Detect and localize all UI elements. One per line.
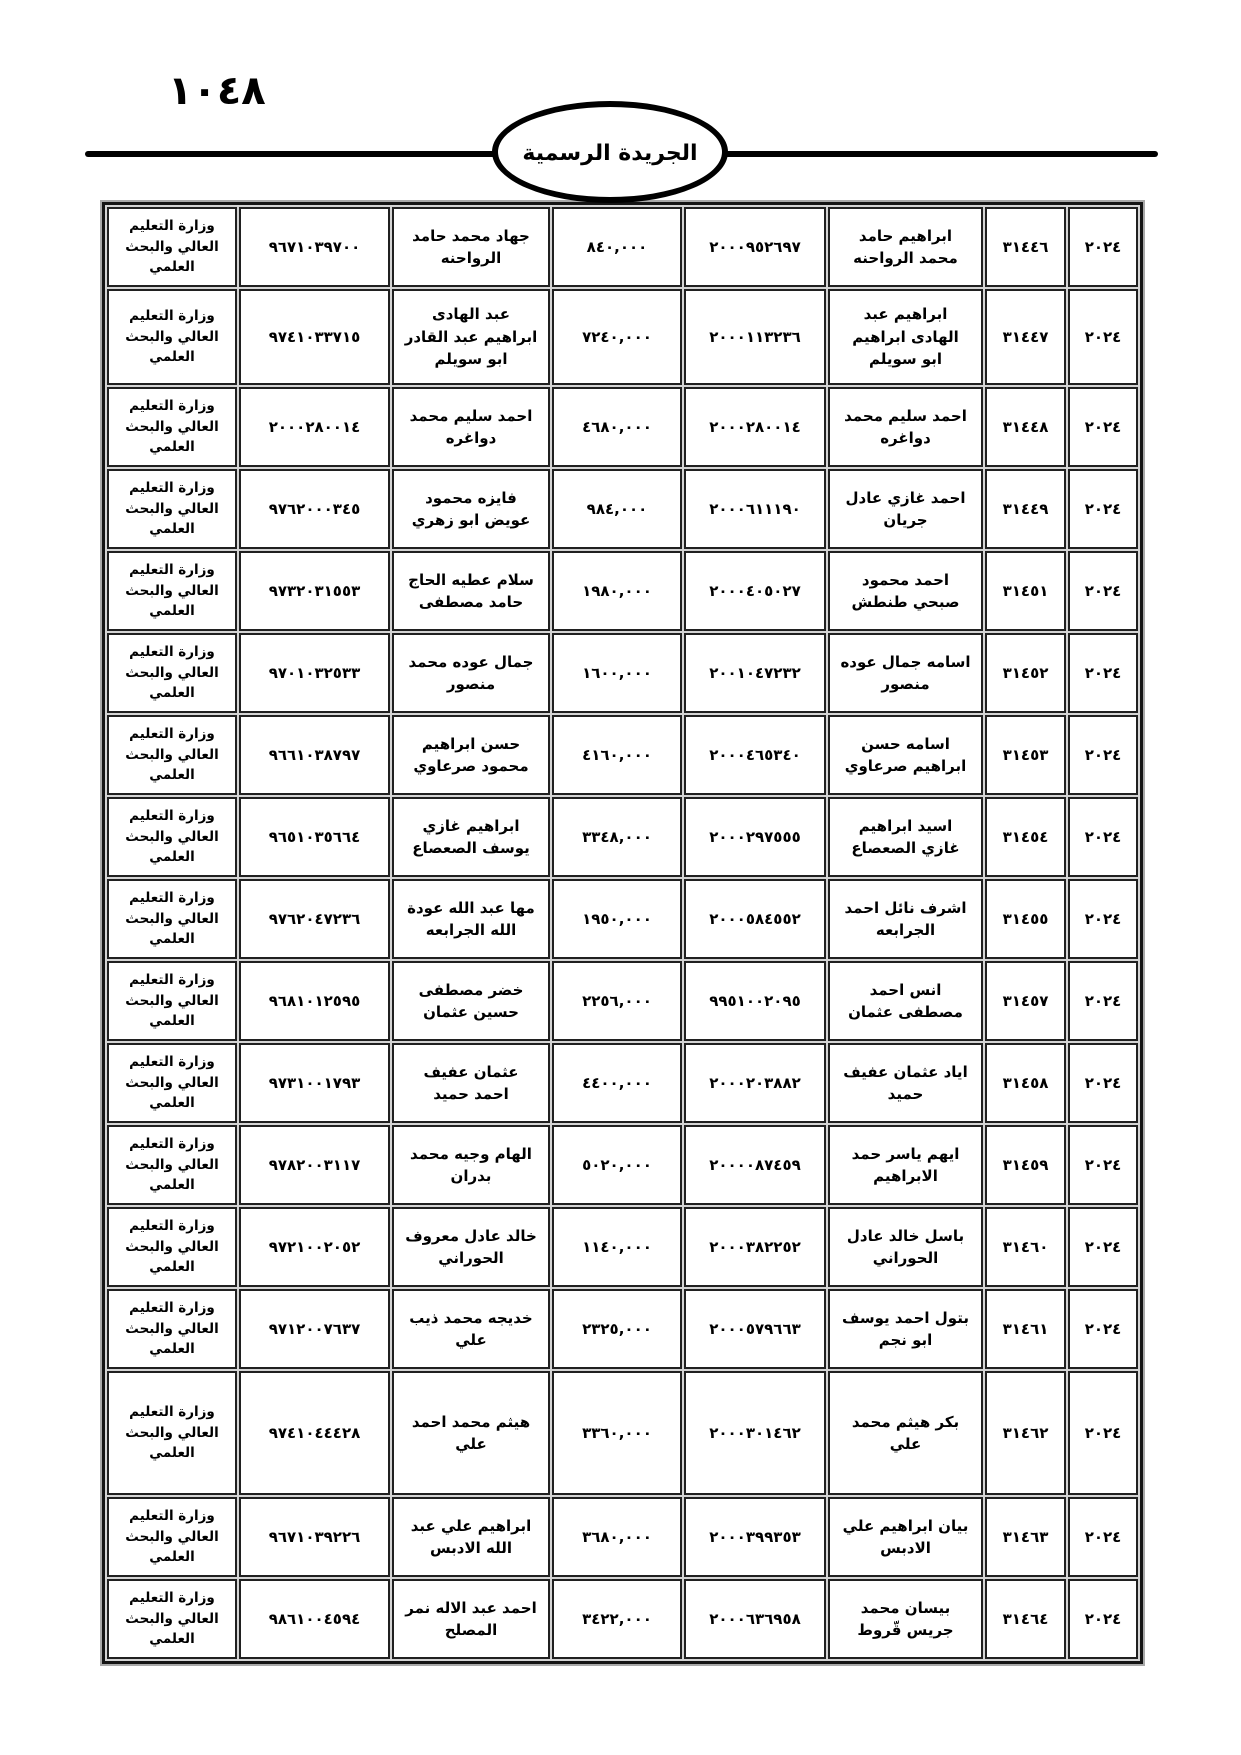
cell-second-name: ابراهيم غازي يوسف الصعصاع bbox=[392, 797, 550, 877]
cell-secondary-id: ٩٦٥١٠٣٥٦٦٤ bbox=[239, 797, 390, 877]
cell-serial-number: ٣١٤٦٠ bbox=[985, 1207, 1066, 1287]
cell-serial-number: ٣١٤٦٣ bbox=[985, 1497, 1066, 1577]
cell-secondary-id: ٩٧٣١٠٠١٧٩٣ bbox=[239, 1043, 390, 1123]
cell-secondary-id: ٩٧٤١٠٣٣٧١٥ bbox=[239, 289, 390, 385]
table-row: ٢٠٢٤ ٣١٤٦٤ بيسان محمد جريس قّروط ٢٠٠٠٦٣٦… bbox=[107, 1579, 1138, 1659]
cell-national-id: ٢٠٠٠٢٩٧٥٥٥ bbox=[684, 797, 826, 877]
table-row: ٢٠٢٤ ٣١٤٦١ بتول احمد يوسف ابو نجم ٢٠٠٠٥٧… bbox=[107, 1289, 1138, 1369]
cell-serial-number: ٣١٤٥٩ bbox=[985, 1125, 1066, 1205]
cell-year: ٢٠٢٤ bbox=[1068, 633, 1138, 713]
cell-secondary-id: ٩٦٧١٠٣٩٧٠٠ bbox=[239, 207, 390, 287]
cell-beneficiary-name: باسل خالد عادل الحوراني bbox=[828, 1207, 983, 1287]
cell-beneficiary-name: بيسان محمد جريس قّروط bbox=[828, 1579, 983, 1659]
cell-ministry: وزارة التعليم العالي والبحث العلمي bbox=[107, 961, 237, 1041]
gazette-banner-ellipse: الجريدة الرسمية bbox=[492, 101, 728, 203]
cell-amount: ٤٦٨٠,٠٠٠ bbox=[552, 387, 682, 467]
cell-national-id: ٢٠٠٠٣٨٢٢٥٢ bbox=[684, 1207, 826, 1287]
cell-amount: ٣٣٦٠,٠٠٠ bbox=[552, 1371, 682, 1495]
table-row: ٢٠٢٤ ٣١٤٥٧ انس احمد مصطفى عثمان ٩٩٥١٠٠٢٠… bbox=[107, 961, 1138, 1041]
table-row: ٢٠٢٤ ٣١٤٦٣ بيان ابراهيم علي الادبس ٢٠٠٠٣… bbox=[107, 1497, 1138, 1577]
table-row: ٢٠٢٤ ٣١٤٥٣ اسامه حسن ابراهيم صرعاوي ٢٠٠٠… bbox=[107, 715, 1138, 795]
cell-secondary-id: ٩٨٦١٠٠٤٥٩٤ bbox=[239, 1579, 390, 1659]
cell-national-id: ٢٠٠٠٣٠١٤٦٢ bbox=[684, 1371, 826, 1495]
cell-ministry: وزارة التعليم العالي والبحث العلمي bbox=[107, 289, 237, 385]
cell-national-id: ٢٠٠٠٤٦٥٣٤٠ bbox=[684, 715, 826, 795]
cell-amount: ٢٣٢٥,٠٠٠ bbox=[552, 1289, 682, 1369]
cell-year: ٢٠٢٤ bbox=[1068, 1125, 1138, 1205]
cell-amount: ٥٠٢٠,٠٠٠ bbox=[552, 1125, 682, 1205]
cell-secondary-id: ٩٧٢١٠٠٢٠٥٢ bbox=[239, 1207, 390, 1287]
cell-serial-number: ٣١٤٥٥ bbox=[985, 879, 1066, 959]
cell-national-id: ٢٠٠٠٠٨٧٤٥٩ bbox=[684, 1125, 826, 1205]
cell-ministry: وزارة التعليم العالي والبحث العلمي bbox=[107, 879, 237, 959]
cell-amount: ٢٢٥٦,٠٠٠ bbox=[552, 961, 682, 1041]
cell-beneficiary-name: انس احمد مصطفى عثمان bbox=[828, 961, 983, 1041]
cell-year: ٢٠٢٤ bbox=[1068, 207, 1138, 287]
cell-ministry: وزارة التعليم العالي والبحث العلمي bbox=[107, 1125, 237, 1205]
cell-serial-number: ٣١٤٥١ bbox=[985, 551, 1066, 631]
cell-beneficiary-name: بتول احمد يوسف ابو نجم bbox=[828, 1289, 983, 1369]
cell-year: ٢٠٢٤ bbox=[1068, 715, 1138, 795]
cell-ministry: وزارة التعليم العالي والبحث العلمي bbox=[107, 1497, 237, 1577]
cell-amount: ٩٨٤,٠٠٠ bbox=[552, 469, 682, 549]
table-row: ٢٠٢٤ ٣١٤٤٦ ابراهيم حامد محمد الرواحنه ٢٠… bbox=[107, 207, 1138, 287]
cell-year: ٢٠٢٤ bbox=[1068, 961, 1138, 1041]
table-row: ٢٠٢٤ ٣١٤٥٩ ايهم ياسر حمد الابراهيم ٢٠٠٠٠… bbox=[107, 1125, 1138, 1205]
cell-second-name: احمد عبد الاله نمر المصلح bbox=[392, 1579, 550, 1659]
table-row: ٢٠٢٤ ٣١٤٥٢ اسامه جمال عوده منصور ٢٠٠١٠٤٧… bbox=[107, 633, 1138, 713]
cell-year: ٢٠٢٤ bbox=[1068, 797, 1138, 877]
cell-second-name: حسن ابراهيم محمود صرعاوي bbox=[392, 715, 550, 795]
table-row: ٢٠٢٤ ٣١٤٥٤ اسيد ابراهيم غازي الصعصاع ٢٠٠… bbox=[107, 797, 1138, 877]
cell-serial-number: ٣١٤٥٤ bbox=[985, 797, 1066, 877]
cell-national-id: ٢٠٠١٠٤٧٢٣٢ bbox=[684, 633, 826, 713]
cell-amount: ٤١٦٠,٠٠٠ bbox=[552, 715, 682, 795]
cell-amount: ١٩٥٠,٠٠٠ bbox=[552, 879, 682, 959]
cell-second-name: جهاد محمد حامد الرواحنه bbox=[392, 207, 550, 287]
cell-beneficiary-name: اياد عثمان عفيف حميد bbox=[828, 1043, 983, 1123]
cell-year: ٢٠٢٤ bbox=[1068, 551, 1138, 631]
cell-beneficiary-name: احمد سليم محمد دواغره bbox=[828, 387, 983, 467]
cell-national-id: ٢٠٠٠٢٨٠٠١٤ bbox=[684, 387, 826, 467]
cell-serial-number: ٣١٤٥٨ bbox=[985, 1043, 1066, 1123]
gazette-page: { "page": { "number": "١٠٤٨", "banner_ti… bbox=[0, 0, 1241, 1755]
page-number: ١٠٤٨ bbox=[168, 68, 266, 114]
cell-amount: ١٩٨٠,٠٠٠ bbox=[552, 551, 682, 631]
cell-second-name: الهام وجيه محمد بدران bbox=[392, 1125, 550, 1205]
cell-serial-number: ٣١٤٦١ bbox=[985, 1289, 1066, 1369]
cell-beneficiary-name: اسيد ابراهيم غازي الصعصاع bbox=[828, 797, 983, 877]
cell-second-name: خديجه محمد ذيب علي bbox=[392, 1289, 550, 1369]
table-row: ٢٠٢٤ ٣١٤٤٧ ابراهيم عبد الهادى ابراهيم اب… bbox=[107, 289, 1138, 385]
records-table: ٢٠٢٤ ٣١٤٤٦ ابراهيم حامد محمد الرواحنه ٢٠… bbox=[102, 202, 1143, 1664]
cell-ministry: وزارة التعليم العالي والبحث العلمي bbox=[107, 1289, 237, 1369]
cell-beneficiary-name: احمد محمود صبحي طنطش bbox=[828, 551, 983, 631]
table-row: ٢٠٢٤ ٣١٤٥٨ اياد عثمان عفيف حميد ٢٠٠٠٢٠٣٨… bbox=[107, 1043, 1138, 1123]
cell-amount: ١٦٠٠,٠٠٠ bbox=[552, 633, 682, 713]
cell-year: ٢٠٢٤ bbox=[1068, 289, 1138, 385]
cell-second-name: خضر مصطفى حسين عثمان bbox=[392, 961, 550, 1041]
cell-serial-number: ٣١٤٥٣ bbox=[985, 715, 1066, 795]
cell-national-id: ٢٠٠٠٥٧٩٦٦٣ bbox=[684, 1289, 826, 1369]
cell-ministry: وزارة التعليم العالي والبحث العلمي bbox=[107, 715, 237, 795]
table-row: ٢٠٢٤ ٣١٤٤٨ احمد سليم محمد دواغره ٢٠٠٠٢٨٠… bbox=[107, 387, 1138, 467]
table-row: ٢٠٢٤ ٣١٤٥٥ اشرف نائل احمد الجرابعه ٢٠٠٠٥… bbox=[107, 879, 1138, 959]
cell-second-name: فايزه محمود عويض ابو زهري bbox=[392, 469, 550, 549]
cell-second-name: خالد عادل معروف الحوراني bbox=[392, 1207, 550, 1287]
cell-beneficiary-name: ابراهيم عبد الهادى ابراهيم ابو سويلم bbox=[828, 289, 983, 385]
cell-beneficiary-name: بكر هيثم محمد علي bbox=[828, 1371, 983, 1495]
cell-year: ٢٠٢٤ bbox=[1068, 1289, 1138, 1369]
cell-serial-number: ٣١٤٤٦ bbox=[985, 207, 1066, 287]
cell-secondary-id: ٩٦٧١٠٣٩٢٢٦ bbox=[239, 1497, 390, 1577]
cell-ministry: وزارة التعليم العالي والبحث العلمي bbox=[107, 551, 237, 631]
cell-beneficiary-name: اسامه حسن ابراهيم صرعاوي bbox=[828, 715, 983, 795]
cell-secondary-id: ٩٧٦٢٠٠٠٣٤٥ bbox=[239, 469, 390, 549]
cell-beneficiary-name: اسامه جمال عوده منصور bbox=[828, 633, 983, 713]
cell-second-name: سلام عطيه الحاج حامد مصطفى bbox=[392, 551, 550, 631]
cell-year: ٢٠٢٤ bbox=[1068, 879, 1138, 959]
table-row: ٢٠٢٤ ٣١٤٤٩ احمد غازي عادل جريان ٢٠٠٠٦١١١… bbox=[107, 469, 1138, 549]
cell-beneficiary-name: احمد غازي عادل جريان bbox=[828, 469, 983, 549]
cell-secondary-id: ٩٧١٢٠٠٧٦٣٧ bbox=[239, 1289, 390, 1369]
cell-national-id: ٢٠٠٠٤٠٥٠٢٧ bbox=[684, 551, 826, 631]
cell-second-name: هيثم محمد احمد علي bbox=[392, 1371, 550, 1495]
cell-national-id: ٢٠٠٠٢٠٣٨٨٢ bbox=[684, 1043, 826, 1123]
cell-year: ٢٠٢٤ bbox=[1068, 469, 1138, 549]
cell-ministry: وزارة التعليم العالي والبحث العلمي bbox=[107, 1579, 237, 1659]
cell-secondary-id: ٢٠٠٠٢٨٠٠١٤ bbox=[239, 387, 390, 467]
cell-year: ٢٠٢٤ bbox=[1068, 1371, 1138, 1495]
cell-secondary-id: ٩٧٨٢٠٠٣١١٧ bbox=[239, 1125, 390, 1205]
cell-national-id: ٢٠٠٠٩٥٢٦٩٧ bbox=[684, 207, 826, 287]
cell-ministry: وزارة التعليم العالي والبحث العلمي bbox=[107, 633, 237, 713]
cell-serial-number: ٣١٤٦٢ bbox=[985, 1371, 1066, 1495]
cell-second-name: مها عبد الله عودة الله الجرابعه bbox=[392, 879, 550, 959]
cell-secondary-id: ٩٧٠١٠٣٢٥٣٣ bbox=[239, 633, 390, 713]
gazette-banner-title: الجريدة الرسمية bbox=[522, 141, 697, 166]
cell-year: ٢٠٢٤ bbox=[1068, 1207, 1138, 1287]
records-table-body: ٢٠٢٤ ٣١٤٤٦ ابراهيم حامد محمد الرواحنه ٢٠… bbox=[107, 207, 1138, 1659]
cell-second-name: احمد سليم محمد دواغره bbox=[392, 387, 550, 467]
cell-secondary-id: ٩٧٣٢٠٣١٥٥٣ bbox=[239, 551, 390, 631]
cell-national-id: ٢٠٠٠٥٨٤٥٥٢ bbox=[684, 879, 826, 959]
cell-second-name: عثمان عفيف احمد حميد bbox=[392, 1043, 550, 1123]
cell-national-id: ٢٠٠٠١١٣٢٣٦ bbox=[684, 289, 826, 385]
cell-beneficiary-name: بيان ابراهيم علي الادبس bbox=[828, 1497, 983, 1577]
cell-beneficiary-name: ابراهيم حامد محمد الرواحنه bbox=[828, 207, 983, 287]
cell-ministry: وزارة التعليم العالي والبحث العلمي bbox=[107, 1371, 237, 1495]
cell-amount: ٤٤٠٠,٠٠٠ bbox=[552, 1043, 682, 1123]
cell-serial-number: ٣١٤٥٢ bbox=[985, 633, 1066, 713]
cell-amount: ١١٤٠,٠٠٠ bbox=[552, 1207, 682, 1287]
cell-ministry: وزارة التعليم العالي والبحث العلمي bbox=[107, 1043, 237, 1123]
cell-beneficiary-name: ايهم ياسر حمد الابراهيم bbox=[828, 1125, 983, 1205]
cell-serial-number: ٣١٤٤٩ bbox=[985, 469, 1066, 549]
cell-amount: ٣٦٨٠,٠٠٠ bbox=[552, 1497, 682, 1577]
cell-ministry: وزارة التعليم العالي والبحث العلمي bbox=[107, 469, 237, 549]
cell-national-id: ٩٩٥١٠٠٢٠٩٥ bbox=[684, 961, 826, 1041]
cell-year: ٢٠٢٤ bbox=[1068, 1043, 1138, 1123]
table-row: ٢٠٢٤ ٣١٤٦٠ باسل خالد عادل الحوراني ٢٠٠٠٣… bbox=[107, 1207, 1138, 1287]
cell-ministry: وزارة التعليم العالي والبحث العلمي bbox=[107, 797, 237, 877]
cell-second-name: ابراهيم علي عبد الله الادبس bbox=[392, 1497, 550, 1577]
cell-secondary-id: ٩٦٦١٠٣٨٧٩٧ bbox=[239, 715, 390, 795]
cell-serial-number: ٣١٤٥٧ bbox=[985, 961, 1066, 1041]
cell-serial-number: ٣١٤٤٧ bbox=[985, 289, 1066, 385]
cell-amount: ٣٣٤٨,٠٠٠ bbox=[552, 797, 682, 877]
cell-second-name: عبد الهادى ابراهيم عبد القادر ابو سويلم bbox=[392, 289, 550, 385]
cell-serial-number: ٣١٤٤٨ bbox=[985, 387, 1066, 467]
cell-year: ٢٠٢٤ bbox=[1068, 1579, 1138, 1659]
cell-year: ٢٠٢٤ bbox=[1068, 387, 1138, 467]
cell-ministry: وزارة التعليم العالي والبحث العلمي bbox=[107, 207, 237, 287]
cell-secondary-id: ٩٦٨١٠١٢٥٩٥ bbox=[239, 961, 390, 1041]
cell-national-id: ٢٠٠٠٦٣٦٩٥٨ bbox=[684, 1579, 826, 1659]
cell-beneficiary-name: اشرف نائل احمد الجرابعه bbox=[828, 879, 983, 959]
cell-national-id: ٢٠٠٠٣٩٩٣٥٣ bbox=[684, 1497, 826, 1577]
cell-year: ٢٠٢٤ bbox=[1068, 1497, 1138, 1577]
cell-national-id: ٢٠٠٠٦١١١٩٠ bbox=[684, 469, 826, 549]
cell-amount: ٣٤٢٢,٠٠٠ bbox=[552, 1579, 682, 1659]
cell-serial-number: ٣١٤٦٤ bbox=[985, 1579, 1066, 1659]
table-row: ٢٠٢٤ ٣١٤٥١ احمد محمود صبحي طنطش ٢٠٠٠٤٠٥٠… bbox=[107, 551, 1138, 631]
cell-secondary-id: ٩٧٤١٠٤٤٤٢٨ bbox=[239, 1371, 390, 1495]
cell-ministry: وزارة التعليم العالي والبحث العلمي bbox=[107, 387, 237, 467]
cell-second-name: جمال عوده محمد منصور bbox=[392, 633, 550, 713]
cell-amount: ٨٤٠,٠٠٠ bbox=[552, 207, 682, 287]
cell-secondary-id: ٩٧٦٢٠٤٧٢٣٦ bbox=[239, 879, 390, 959]
cell-ministry: وزارة التعليم العالي والبحث العلمي bbox=[107, 1207, 237, 1287]
table-row: ٢٠٢٤ ٣١٤٦٢ بكر هيثم محمد علي ٢٠٠٠٣٠١٤٦٢ … bbox=[107, 1371, 1138, 1495]
cell-amount: ٧٢٤٠,٠٠٠ bbox=[552, 289, 682, 385]
